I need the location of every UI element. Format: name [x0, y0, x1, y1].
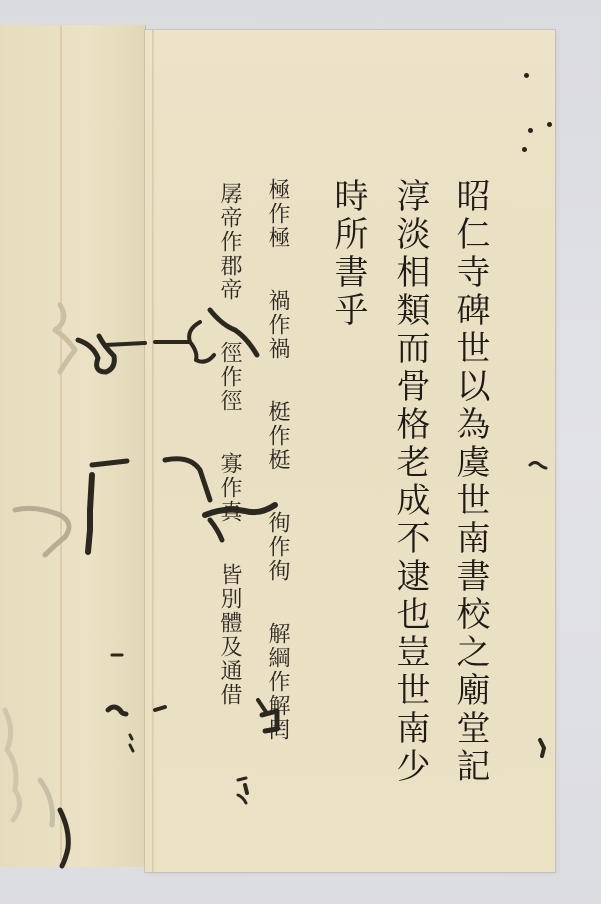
annotation-item: 孱帝作郡帝 [216, 182, 242, 302]
text-column-3: 時所書乎 [328, 178, 368, 330]
fold-line [60, 25, 62, 860]
annotation-item: 徑作徑 [216, 341, 242, 413]
annotation-column-2: 孱帝作郡帝 徑作徑 寡作真 皆別體及通借 [216, 182, 242, 719]
annotation-item: 皆別體及通借 [216, 563, 242, 707]
annotation-column-1: 極作極 禍作禍 梃作梃 徇作徇 解綱作解罔 [264, 178, 290, 754]
annotation-item: 徇作徇 [264, 511, 290, 583]
annotation-item: 極作極 [264, 178, 290, 250]
annotation-item: 禍作禍 [264, 289, 290, 361]
annotation-item: 解綱作解罔 [264, 622, 290, 742]
annotation-item: 梃作梃 [264, 400, 290, 472]
binding-crease [152, 30, 155, 872]
main-leaf [145, 30, 555, 872]
annotation-item: 寡作真 [216, 452, 242, 524]
left-leaf [0, 25, 145, 867]
text-column-2: 淳淡相類而骨格老成不逮也豈世南少 [390, 178, 430, 786]
text-column-1: 昭仁寺碑世以為虞世南書校之廟堂記 [450, 178, 490, 786]
